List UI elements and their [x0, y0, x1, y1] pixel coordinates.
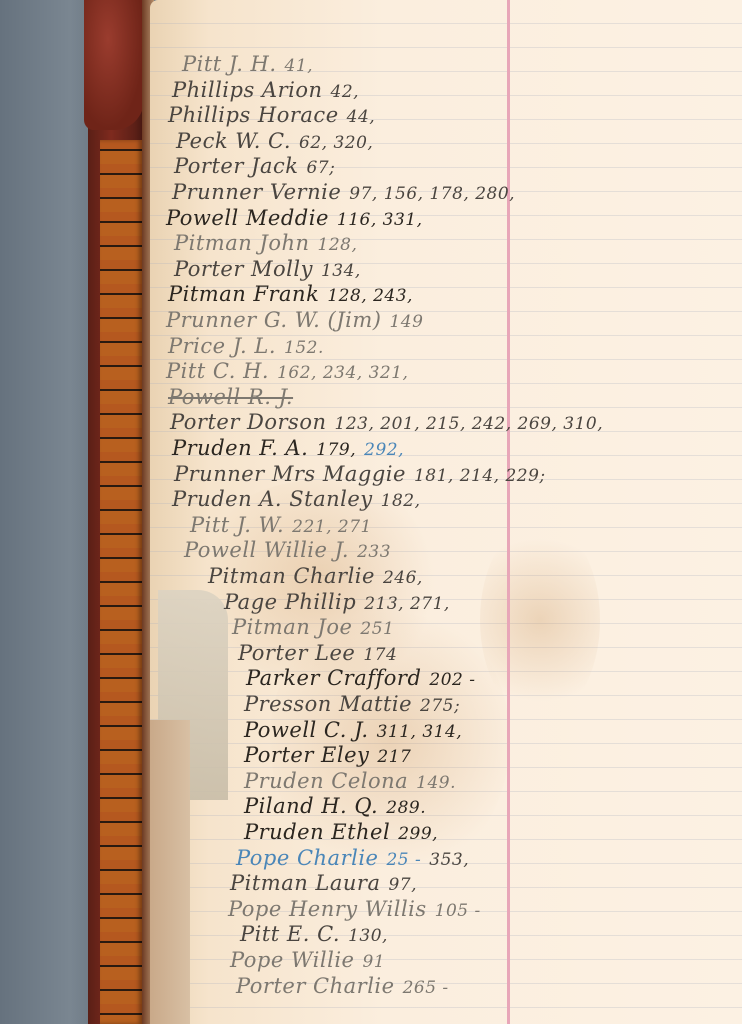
entry-name: Phillips Horace	[168, 103, 339, 127]
entry-pages: 105 -	[435, 901, 481, 921]
entry-name: Pope Charlie	[236, 846, 378, 870]
book-page-edges	[100, 140, 142, 1024]
entry-pages: 97,	[388, 875, 417, 895]
entry-pages: 44,	[347, 107, 376, 127]
index-entry: Powell Meddie116, 331,	[166, 206, 423, 230]
entry-pages: 128, 243,	[327, 286, 413, 306]
index-entry: Piland H. Q.289.	[244, 794, 426, 818]
entry-pages: 179,	[316, 440, 356, 460]
margin-line	[507, 0, 510, 1024]
entry-name: Presson Mattie	[244, 692, 412, 716]
background-surface	[0, 0, 100, 1024]
index-tab-strip	[150, 720, 190, 1024]
entry-name: Pitman Frank	[168, 282, 319, 306]
entry-pages: 182,	[381, 491, 421, 511]
entry-name: Porter Dorson	[170, 410, 327, 434]
index-entry: Prunner Vernie97, 156, 178, 280,	[172, 180, 515, 204]
index-entry: Porter Jack67;	[174, 154, 335, 178]
torn-cover-corner	[84, 0, 144, 130]
entry-name: Pitt C. H.	[166, 359, 269, 383]
entry-name: Porter Eley	[244, 743, 369, 767]
entry-name: Parker Crafford	[246, 666, 421, 690]
entry-pages: 275;	[420, 696, 460, 716]
entry-name: Powell C. J.	[244, 718, 369, 742]
entry-pages: 353,	[429, 850, 469, 870]
entry-pages: 213, 271,	[364, 594, 450, 614]
entry-pages: 130,	[348, 926, 388, 946]
index-entry: Porter Lee174	[238, 641, 397, 665]
index-entry: Porter Charlie265 -	[236, 974, 449, 998]
index-entry: Pitt J. H.41,	[182, 52, 313, 76]
entry-name: Pitt J. H.	[182, 52, 277, 76]
entry-pages: 221, 271	[292, 517, 372, 537]
entry-pages: 116, 331,	[337, 210, 423, 230]
entry-name: Powell Meddie	[166, 206, 329, 230]
index-entry: Parker Crafford202 -	[246, 666, 476, 690]
index-entry: Porter Dorson123, 201, 215, 242, 269, 31…	[170, 410, 603, 434]
entry-name: Powell R. J.	[168, 385, 293, 409]
index-entry: Pope Charlie25 -353,	[236, 846, 469, 870]
index-entry: Pitman John128,	[174, 231, 357, 255]
entry-name: Porter Jack	[174, 154, 298, 178]
entry-pages: 134,	[321, 261, 361, 281]
entry-name: Pitman Laura	[230, 871, 380, 895]
entry-name: Pitt E. C.	[240, 922, 340, 946]
entry-pages: 202 -	[429, 670, 475, 690]
index-entry: Pitman Charlie246,	[208, 564, 423, 588]
index-entry: Pitman Frank128, 243,	[168, 282, 413, 306]
entry-pages: 149	[389, 312, 423, 332]
index-entry: Pruden Ethel299,	[244, 820, 438, 844]
index-entry: Presson Mattie275;	[244, 692, 460, 716]
entry-pages: 123, 201, 215, 242, 269, 310,	[335, 414, 604, 434]
entry-pages-blue: 25 -	[386, 850, 421, 870]
entry-name: Pitt J. W.	[190, 513, 284, 537]
entry-name: Prunner G. W. (Jim)	[166, 308, 381, 332]
entry-name: Porter Charlie	[236, 974, 395, 998]
index-entry: Porter Molly134,	[174, 257, 361, 281]
index-entry: Price J. L.152.	[168, 334, 324, 358]
index-entry: Pruden A. Stanley182,	[172, 487, 421, 511]
entry-pages: 181, 214, 229;	[414, 466, 546, 486]
entry-name: Pruden Celona	[244, 769, 408, 793]
entry-pages: 233	[357, 542, 391, 562]
entry-name: Porter Molly	[174, 257, 313, 281]
index-entry: Phillips Arion42,	[172, 78, 359, 102]
entry-pages: 251	[360, 619, 394, 639]
entry-pages: 91	[362, 952, 385, 972]
entry-pages: 149.	[416, 773, 456, 793]
index-entry: Pitt J. W.221, 271	[190, 513, 372, 537]
entry-pages: 41,	[285, 56, 314, 76]
index-entry: Pope Willie91	[230, 948, 385, 972]
entry-name: Pruden A. Stanley	[172, 487, 373, 511]
entry-name: Pruden F. A.	[172, 436, 308, 460]
index-entry: Powell C. J.311, 314,	[244, 718, 462, 742]
index-entry: Phillips Horace44,	[168, 103, 375, 127]
index-entry: Powell Willie J.233	[184, 538, 391, 562]
index-entry: Pitman Joe251	[232, 615, 394, 639]
water-stain	[480, 520, 600, 720]
entry-pages: 299,	[398, 824, 438, 844]
index-entry: Prunner G. W. (Jim)149	[166, 308, 423, 332]
entry-pages: 152.	[284, 338, 324, 358]
entry-name: Price J. L.	[168, 334, 276, 358]
entry-name: Peck W. C.	[176, 129, 291, 153]
entry-pages: 42,	[331, 82, 360, 102]
index-entry: Pitt C. H.162, 234, 321,	[166, 359, 408, 383]
entry-name: Pitman Charlie	[208, 564, 375, 588]
index-entry: Pope Henry Willis105 -	[228, 897, 481, 921]
entry-pages: 246,	[383, 568, 423, 588]
entry-name: Page Phillip	[224, 590, 356, 614]
entry-name: Pitman Joe	[232, 615, 352, 639]
entry-name: Pruden Ethel	[244, 820, 390, 844]
entry-pages: 265 -	[403, 978, 449, 998]
entry-name: Prunner Vernie	[172, 180, 341, 204]
index-entry: Pitman Laura97,	[230, 871, 417, 895]
index-entry: Peck W. C.62, 320,	[176, 129, 373, 153]
entry-pages: 67;	[306, 158, 335, 178]
entry-name: Pope Henry Willis	[228, 897, 427, 921]
entry-pages: 128,	[318, 235, 358, 255]
entry-name: Piland H. Q.	[244, 794, 378, 818]
entry-pages: 311, 314,	[377, 722, 463, 742]
entry-name: Pope Willie	[230, 948, 354, 972]
index-entry: Pitt E. C.130,	[240, 922, 388, 946]
entry-pages: 174	[363, 645, 397, 665]
entry-name: Powell Willie J.	[184, 538, 349, 562]
index-entry: Porter Eley217	[244, 743, 411, 767]
entry-pages: 217	[377, 747, 411, 767]
index-entry: Powell R. J.	[168, 385, 293, 409]
entry-pages: 162, 234, 321,	[277, 363, 408, 383]
entry-pages: 62, 320,	[299, 133, 373, 153]
index-entry: Pruden Celona149.	[244, 769, 456, 793]
index-entry: Prunner Mrs Maggie181, 214, 229;	[174, 462, 546, 486]
entry-pages: 289.	[386, 798, 426, 818]
entry-pages-blue: 292,	[364, 440, 404, 460]
entry-name: Pitman John	[174, 231, 310, 255]
index-entry: Page Phillip213, 271,	[224, 590, 450, 614]
entry-pages: 97, 156, 178, 280,	[349, 184, 515, 204]
ledger-page: Pitt J. H.41,Phillips Arion42,Phillips H…	[150, 0, 742, 1024]
entry-name: Porter Lee	[238, 641, 355, 665]
entry-name: Prunner Mrs Maggie	[174, 462, 406, 486]
index-entry: Pruden F. A.179,292,	[172, 436, 404, 460]
entry-name: Phillips Arion	[172, 78, 323, 102]
